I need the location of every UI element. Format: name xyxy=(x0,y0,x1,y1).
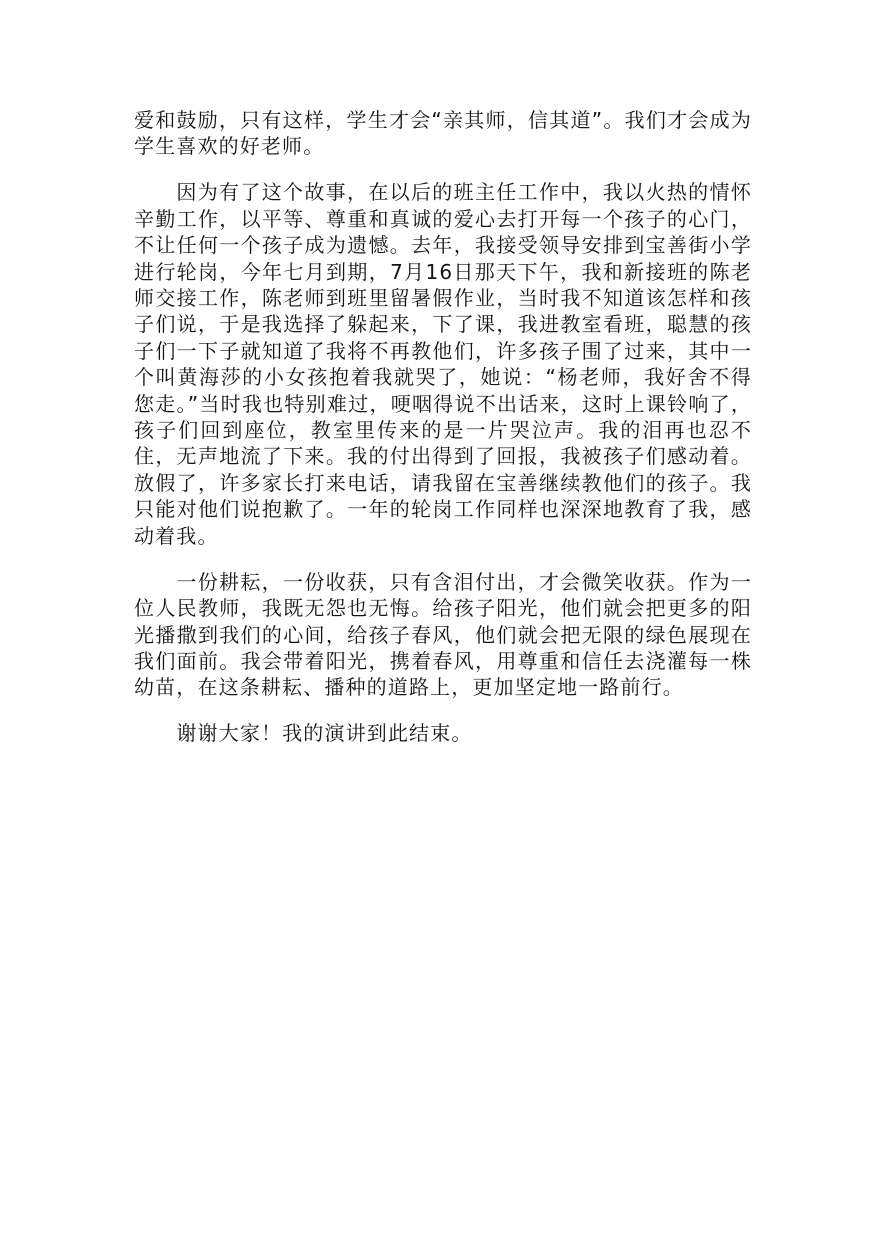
paragraph-2: 因为有了这个故事，在以后的班主任工作中，我以火热的情怀辛勤工作，以平等、尊重和真… xyxy=(134,179,752,549)
paragraph-3: 一份耕耘，一份收获，只有含泪付出，才会微笑收获。作为一位人民教师，我既无怨也无悔… xyxy=(134,569,752,701)
paragraph-1: 爱和鼓励，只有这样，学生才会“亲其师，信其道”。我们才会成为学生喜欢的好老师。 xyxy=(134,107,752,160)
document-page: 爱和鼓励，只有这样，学生才会“亲其师，信其道”。我们才会成为学生喜欢的好老师。 … xyxy=(134,107,752,766)
paragraph-closing: 谢谢大家！我的演讲到此结束。 xyxy=(134,720,752,746)
